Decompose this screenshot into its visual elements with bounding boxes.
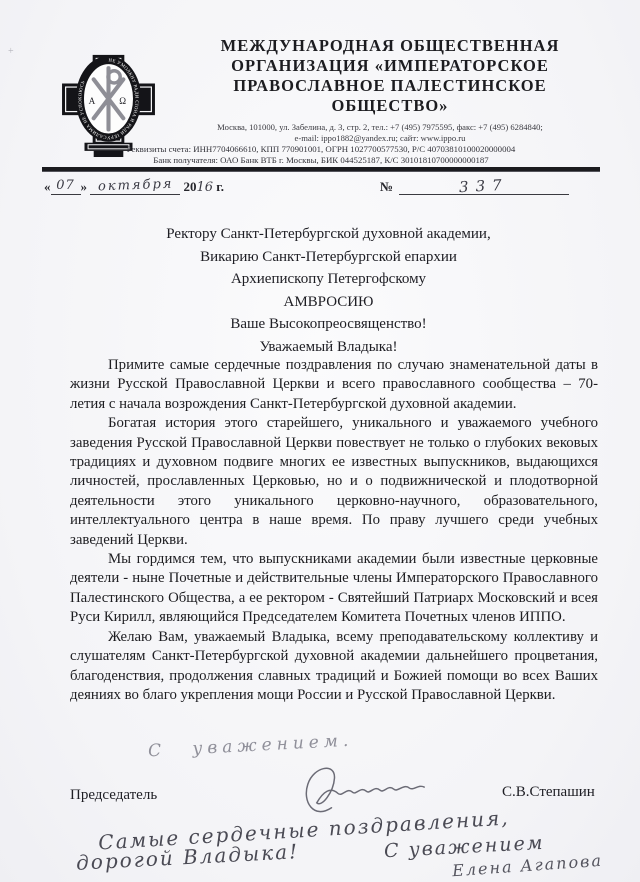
signer-name: С.В.Степашин	[502, 784, 595, 801]
dateline: «07» октября 2016 г. №337	[0, 177, 640, 199]
omega-letter: Ω	[119, 96, 126, 106]
scanned-letter-page: + НЕ УМОЛКНУ РАДИ СІОНА И РАДИ ІЕРУСАЛИМ…	[0, 0, 640, 882]
body-paragraph: Желаю Вам, уважаемый Владыка, всему преп…	[70, 628, 598, 706]
body-paragraph: Богатая история этого старейшего, уникал…	[70, 414, 598, 550]
number-field: №337	[380, 177, 569, 195]
date-year-prefix: 20	[184, 179, 197, 194]
scan-registration-mark: +	[8, 46, 14, 57]
requisites-bank: Банк получателя: ОАО Банк ВТБ г. Москвы,…	[42, 155, 600, 166]
requisites-account: Реквизиты счета: ИНН7704066610, КПП 7709…	[42, 144, 600, 155]
number-handwritten: 337	[459, 176, 510, 197]
date-close-quote: »	[81, 179, 88, 194]
salutation-line: Ваше Высокопреосвященство!	[110, 313, 547, 336]
body-paragraph: Мы гордимся тем, что выпускниками академ…	[70, 550, 598, 628]
bank-requisites: Реквизиты счета: ИНН7704066610, КПП 7709…	[42, 144, 600, 166]
letterhead-divider	[42, 167, 600, 172]
date-year-handwritten: 16	[197, 180, 214, 195]
recipient-block: Ректору Санкт-Петербургской духовной ака…	[110, 223, 547, 313]
salutation-line: Уважаемый Владыка!	[110, 336, 547, 359]
date-year-unit: г.	[216, 179, 224, 194]
contact-address: Москва, 101000, ул. Забелина, д. 3, стр.…	[160, 122, 600, 133]
number-label: №	[380, 179, 393, 194]
recipient-line: Ректору Санкт-Петербургской духовной ака…	[110, 223, 547, 246]
recipient-line: Викарию Санкт-Петербургской епархии	[110, 246, 547, 269]
org-title-line: ПРАВОСЛАВНОЕ ПАЛЕСТИНСКОЕ ОБЩЕСТВО»	[178, 76, 602, 116]
signer-position: Председатель	[70, 787, 157, 804]
contact-info: Москва, 101000, ул. Забелина, д. 3, стр.…	[160, 122, 600, 144]
body-paragraph: Примите самые сердечные поздравления по …	[70, 356, 598, 414]
recipient-line: Архиепископу Петергофскому	[110, 268, 547, 291]
date-day-handwritten: 07	[56, 178, 75, 193]
recipient-name: АМВРОСИЮ	[110, 291, 547, 314]
date-month-handwritten: октября	[97, 177, 173, 195]
org-title: МЕЖДУНАРОДНАЯ ОБЩЕСТВЕННАЯ ОРГАНИЗАЦИЯ «…	[178, 36, 602, 116]
letter-body: Примите самые сердечные поздравления по …	[70, 356, 598, 705]
date-field: «07» октября 2016 г.	[44, 177, 224, 195]
contact-email-site: e-mail: ippo1882@yandex.ru; сайт: www.ip…	[160, 133, 600, 144]
org-title-line: МЕЖДУНАРОДНАЯ ОБЩЕСТВЕННАЯ	[178, 36, 602, 56]
org-title-line: ОРГАНИЗАЦИЯ «ИМПЕРАТОРСКОЕ	[178, 56, 602, 76]
salutation: Ваше Высокопреосвященство! Уважаемый Вла…	[110, 313, 547, 358]
alpha-letter: Α	[89, 96, 96, 106]
handwritten-regards: С уважением.	[148, 731, 354, 762]
